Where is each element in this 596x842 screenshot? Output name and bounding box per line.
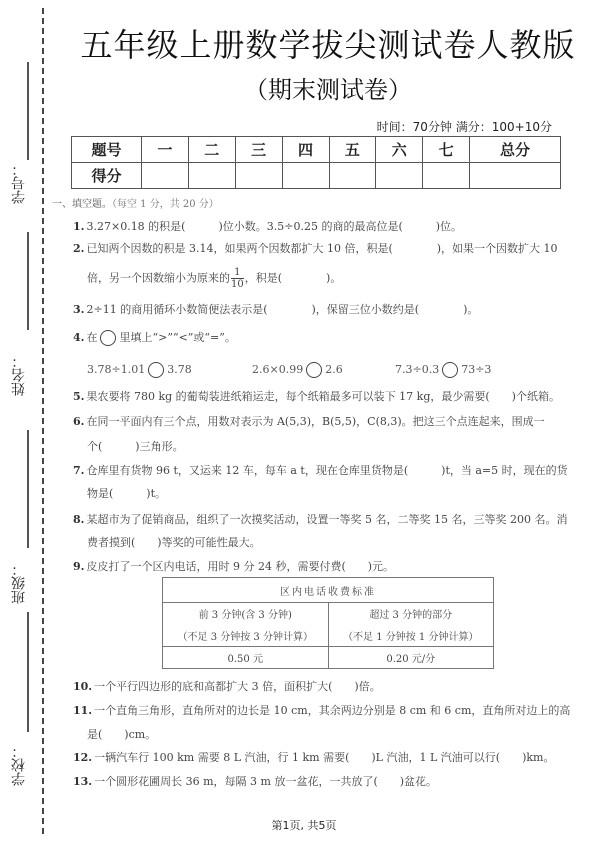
comparison-right: 2.6 bbox=[325, 363, 343, 376]
question-text: 2÷11 的商用循环小数简便法表示是( )，保留三位小数约是( )。 bbox=[86, 303, 478, 316]
question-number: 12. bbox=[73, 751, 92, 764]
fee-col1-price: 0.50 元 bbox=[163, 647, 329, 669]
question-text: 倍，另一个因数缩小为原来的 bbox=[87, 272, 230, 285]
score-cell[interactable] bbox=[235, 163, 282, 189]
page-subtitle: （期末测试卷） bbox=[60, 70, 596, 105]
question-number: 11. bbox=[73, 704, 92, 717]
question-text: 一辆汽车行 100 km 需要 8 L 汽油，行 1 km 需要( )L 汽油，… bbox=[94, 751, 554, 764]
question-6-continuation: 个( )三角形。 bbox=[87, 440, 184, 454]
score-header-cell: 一 bbox=[142, 137, 189, 163]
score-header-cell: 二 bbox=[188, 137, 235, 163]
comparison-1: 3.78÷1.013.78 bbox=[87, 362, 192, 378]
question-number: 2. bbox=[73, 242, 84, 255]
name-line bbox=[27, 232, 29, 330]
phone-fee-table: 区内电话收费标准 前 3 分钟(含 3 分钟) 超过 3 分钟的部分 （不足 3… bbox=[162, 577, 494, 669]
question-11-continuation: 是( )cm。 bbox=[87, 728, 156, 742]
score-cell[interactable] bbox=[329, 163, 376, 189]
section-title: 一、填空题。 bbox=[52, 199, 112, 210]
score-cell[interactable] bbox=[423, 163, 470, 189]
score-header-cell: 七 bbox=[423, 137, 470, 163]
page-number: 第1页, 共5页 bbox=[0, 817, 596, 833]
school-label: 学校： bbox=[9, 742, 31, 786]
score-cell[interactable] bbox=[282, 163, 329, 189]
question-1: 1.3.27×0.18 的积是( )位小数。3.5÷0.25 的商的最高位是( … bbox=[73, 220, 462, 234]
question-8-continuation: 费者摸到( )等奖的可能性最大。 bbox=[87, 536, 261, 550]
class-label: 班级： bbox=[9, 560, 31, 604]
question-12: 12.一辆汽车行 100 km 需要 8 L 汽油，行 1 km 需要( )L … bbox=[73, 751, 554, 765]
fraction-denominator: 10 bbox=[231, 279, 244, 290]
score-header-cell: 四 bbox=[282, 137, 329, 163]
fraction: 110 bbox=[231, 267, 244, 290]
student-id-line bbox=[27, 62, 29, 160]
score-header-cell: 三 bbox=[235, 137, 282, 163]
comparison-right: 73÷3 bbox=[461, 363, 491, 376]
question-2-continuation: 倍，另一个因数缩小为原来的110，积是( )。 bbox=[87, 267, 341, 290]
comparison-left: 3.78÷1.01 bbox=[87, 363, 145, 376]
question-text: 皮皮打了一个区内电话，用时 9 分 24 秒，需要付费( )元。 bbox=[86, 560, 394, 573]
question-text: ，积是( )。 bbox=[245, 272, 342, 285]
score-table: 题号 一 二 三 四 五 六 七 总分 得分 bbox=[71, 136, 561, 189]
score-table-header-row: 题号 一 二 三 四 五 六 七 总分 bbox=[72, 137, 561, 163]
question-8: 8.某超市为了促销商品，组织了一次摸奖活动，设置一等奖 5 名，二等奖 15 名… bbox=[73, 513, 567, 527]
question-number: 1. bbox=[73, 220, 84, 233]
comparison-answer-circle[interactable] bbox=[148, 362, 164, 378]
question-text: 里填上“>”“<”或“=”。 bbox=[119, 331, 235, 344]
question-7-continuation: 物是( )t。 bbox=[87, 487, 166, 501]
class-line bbox=[27, 430, 29, 548]
comparison-left: 7.3÷0.3 bbox=[395, 363, 439, 376]
question-number: 9. bbox=[73, 560, 84, 573]
question-text: 3.27×0.18 的积是( )位小数。3.5÷0.25 的商的最高位是( )位… bbox=[86, 220, 462, 233]
question-7: 7.仓库里有货物 96 t，又运来 12 车，每车 a t，现在仓库里货物是( … bbox=[73, 464, 568, 478]
question-number: 7. bbox=[73, 464, 84, 477]
score-cell[interactable] bbox=[376, 163, 423, 189]
comparison-answer-circle[interactable] bbox=[442, 362, 458, 378]
question-number: 10. bbox=[73, 680, 92, 693]
question-number: 3. bbox=[73, 303, 84, 316]
student-id-label: 学号： bbox=[9, 160, 31, 204]
question-5: 5.果农要将 780 kg 的葡萄装进纸箱运走，每个纸箱最多可以装下 17 kg… bbox=[73, 390, 560, 404]
question-number: 8. bbox=[73, 513, 84, 526]
score-row-label: 得分 bbox=[72, 163, 142, 189]
question-13: 13.一个圆形花圃周长 36 m，每隔 3 m 放一盆花，一共放了( )盆花。 bbox=[73, 775, 437, 789]
question-3: 3.2÷11 的商用循环小数简便法表示是( )，保留三位小数约是( )。 bbox=[73, 303, 478, 317]
question-text: 已知两个因数的积是 3.14，如果两个因数都扩大 10 倍，积是( )，如果一个… bbox=[86, 242, 557, 255]
question-text: 仓库里有货物 96 t，又运来 12 车，每车 a t，现在仓库里货物是( )t… bbox=[86, 464, 567, 477]
score-header-cell: 总分 bbox=[470, 137, 561, 163]
exam-time-score-info: 时间：70分钟 满分：100+10分 bbox=[377, 118, 552, 135]
question-number: 13. bbox=[73, 775, 92, 788]
score-header-cell: 题号 bbox=[72, 137, 142, 163]
question-4: 4.在里填上“>”“<”或“=”。 bbox=[73, 330, 236, 346]
comparison-right: 3.78 bbox=[167, 363, 192, 376]
score-cell[interactable] bbox=[142, 163, 189, 189]
question-6: 6.在同一平面内有三个点，用数对表示为 A(5,3)，B(5,5)，C(8,3)… bbox=[73, 415, 545, 429]
section-heading: 一、填空题。（每空 1 分，共 20 分） bbox=[52, 195, 219, 210]
question-text: 在同一平面内有三个点，用数对表示为 A(5,3)，B(5,5)，C(8,3)。把… bbox=[86, 415, 544, 428]
fee-col1-note: （不足 3 分钟按 3 分钟计算） bbox=[163, 625, 329, 647]
question-number: 6. bbox=[73, 415, 84, 428]
question-2: 2.已知两个因数的积是 3.14，如果两个因数都扩大 10 倍，积是( )，如果… bbox=[73, 242, 558, 256]
question-text: 果农要将 780 kg 的葡萄装进纸箱运走，每个纸箱最多可以装下 17 kg，最… bbox=[86, 390, 559, 403]
question-number: 5. bbox=[73, 390, 84, 403]
score-cell[interactable] bbox=[188, 163, 235, 189]
question-text: 一个直角三角形，直角所对的边长是 10 cm，其余两边分别是 8 cm 和 6 … bbox=[94, 704, 570, 717]
fee-col1-header: 前 3 分钟(含 3 分钟) bbox=[163, 603, 329, 625]
comparison-left: 2.6×0.99 bbox=[252, 363, 303, 376]
binding-dashed-line bbox=[42, 8, 44, 834]
comparison-answer-circle[interactable] bbox=[306, 362, 322, 378]
score-cell[interactable] bbox=[470, 163, 561, 189]
question-10: 10.一个平行四边形的底和高都扩大 3 倍，面积扩大( )倍。 bbox=[73, 680, 381, 694]
fee-col2-header: 超过 3 分钟的部分 bbox=[328, 603, 494, 625]
fraction-numerator: 1 bbox=[231, 267, 244, 279]
score-table-score-row: 得分 bbox=[72, 163, 561, 189]
comparison-2: 2.6×0.992.6 bbox=[252, 362, 343, 378]
question-text: 在 bbox=[86, 331, 97, 344]
question-9: 9.皮皮打了一个区内电话，用时 9 分 24 秒，需要付费( )元。 bbox=[73, 560, 394, 574]
fee-col2-note: （不足 1 分钟按 1 分钟计算） bbox=[328, 625, 494, 647]
question-text: 某超市为了促销商品，组织了一次摸奖活动，设置一等奖 5 名，二等奖 15 名，三… bbox=[86, 513, 567, 526]
school-line bbox=[27, 612, 29, 732]
section-note: （每空 1 分，共 20 分） bbox=[112, 199, 219, 210]
page-title: 五年级上册数学拔尖测试卷人教版 bbox=[60, 20, 596, 66]
score-header-cell: 六 bbox=[376, 137, 423, 163]
circle-icon bbox=[100, 330, 116, 346]
question-text: 一个平行四边形的底和高都扩大 3 倍，面积扩大( )倍。 bbox=[94, 680, 381, 693]
question-11: 11.一个直角三角形，直角所对的边长是 10 cm，其余两边分别是 8 cm 和… bbox=[73, 704, 570, 718]
name-label: 姓名： bbox=[9, 352, 31, 396]
fee-table-title: 区内电话收费标准 bbox=[163, 578, 494, 603]
score-header-cell: 五 bbox=[329, 137, 376, 163]
question-number: 4. bbox=[73, 331, 84, 344]
comparison-3: 7.3÷0.373÷3 bbox=[395, 362, 491, 378]
question-text: 一个圆形花圃周长 36 m，每隔 3 m 放一盆花，一共放了( )盆花。 bbox=[94, 775, 437, 788]
fee-col2-price: 0.20 元/分 bbox=[328, 647, 494, 669]
